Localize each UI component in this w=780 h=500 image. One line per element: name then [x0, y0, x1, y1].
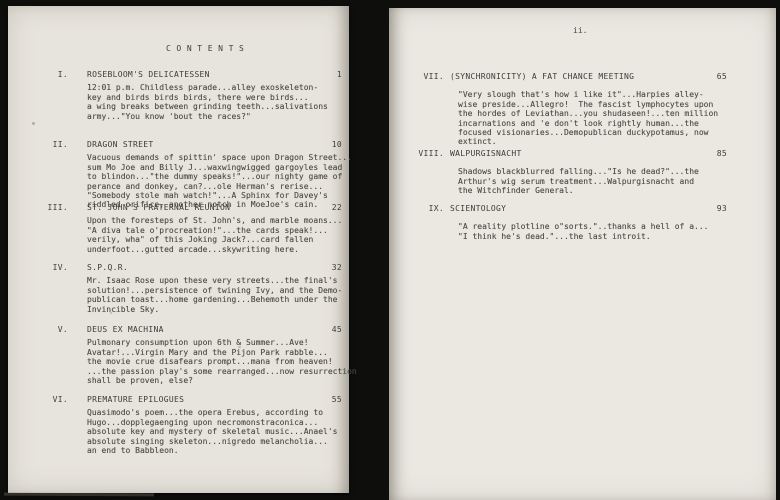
section-title: PREMATURE EPILOGUES [87, 395, 184, 404]
section-page-number: 55 [332, 395, 342, 404]
section-page-number: 10 [332, 140, 342, 149]
section-description: Upon the foresteps of St. John's, and ma… [87, 216, 342, 254]
section-numeral: VII. [389, 72, 444, 81]
scan-smudge [32, 122, 35, 125]
scanned-book-spread: C O N T E N T S I. ROSEBLOOM'S DELICATES… [0, 0, 780, 500]
section-description: 12:01 p.m. Childless parade...alley exos… [87, 83, 342, 121]
toc-section-2: II. DRAGON STREET 10 Vacuous demands of … [8, 140, 352, 210]
toc-section-5: V. DEUS EX MACHINA 45 Pulmonary consumpt… [8, 325, 357, 385]
scan-smudge [110, 312, 112, 314]
toc-section-6: VI. PREMATURE EPILOGUES 55 Quasimodo's p… [8, 395, 342, 455]
section-description: Pulmonary consumption upon 6th & Summer.… [87, 338, 357, 385]
toc-section-4: IV. S.P.Q.R. 32 Mr. Isaac Rose upon thes… [8, 263, 342, 314]
section-numeral: V. [8, 325, 68, 334]
toc-heading: IV. S.P.Q.R. 32 [8, 263, 342, 272]
toc-section-3: III. ST. JOHN'S FRATERNAL REUNION 22 Upo… [8, 203, 342, 254]
section-numeral: VI. [8, 395, 68, 404]
section-title: DEUS EX MACHINA [87, 325, 164, 334]
section-title: S.P.Q.R. [87, 263, 128, 272]
left-page: C O N T E N T S I. ROSEBLOOM'S DELICATES… [8, 6, 349, 493]
section-page-number: 45 [332, 325, 342, 334]
section-description: Quasimodo's poem...the opera Erebus, acc… [87, 408, 342, 455]
contents-title: C O N T E N T S [166, 44, 244, 53]
section-numeral: IX. [389, 204, 444, 213]
section-page-number: 65 [717, 72, 727, 81]
toc-section-9: IX. SCIENTOLOGY 93 "A reality plotline o… [389, 204, 727, 241]
section-description: "Very slough that's how i like it"...Har… [458, 90, 727, 146]
toc-section-1: I. ROSEBLOOM'S DELICATESSEN 1 12:01 p.m.… [8, 70, 342, 121]
toc-section-7: VII. (SYNCHRONICITY) A FAT CHANCE MEETIN… [389, 72, 727, 147]
toc-heading: VIII. WALPURGISNACHT 85 [389, 149, 727, 158]
section-numeral: II. [8, 140, 68, 149]
section-numeral: VIII. [389, 149, 444, 158]
section-numeral: III. [8, 203, 68, 212]
scan-smudge [238, 346, 241, 348]
section-description: "A reality plotline o"sorts."..thanks a … [458, 222, 727, 241]
toc-heading: II. DRAGON STREET 10 [8, 140, 342, 149]
section-description: Mr. Isaac Rose upon these very streets..… [87, 276, 342, 314]
section-title: ST. JOHN'S FRATERNAL REUNION [87, 203, 230, 212]
section-page-number: 1 [337, 70, 342, 79]
section-title: SCIENTOLOGY [450, 204, 506, 213]
section-numeral: IV. [8, 263, 68, 272]
toc-heading: IX. SCIENTOLOGY 93 [389, 204, 727, 213]
section-numeral: I. [8, 70, 68, 79]
toc-heading: VII. (SYNCHRONICITY) A FAT CHANCE MEETIN… [389, 72, 727, 81]
section-page-number: 22 [332, 203, 342, 212]
section-description: Shadows blackblurred falling..."Is he de… [458, 167, 727, 195]
section-title: (SYNCHRONICITY) A FAT CHANCE MEETING [450, 72, 634, 81]
section-description: Vacuous demands of spittin' space upon D… [87, 153, 352, 209]
section-page-number: 85 [717, 149, 727, 158]
section-page-number: 93 [717, 204, 727, 213]
section-title: WALPURGISNACHT [450, 149, 522, 158]
section-title: ROSEBLOOM'S DELICATESSEN [87, 70, 210, 79]
folio-page-number: ii. [573, 26, 587, 35]
section-title: DRAGON STREET [87, 140, 154, 149]
toc-heading: III. ST. JOHN'S FRATERNAL REUNION 22 [8, 203, 342, 212]
toc-heading: I. ROSEBLOOM'S DELICATESSEN 1 [8, 70, 342, 79]
toc-heading: V. DEUS EX MACHINA 45 [8, 325, 342, 334]
right-page: ii. VII. (SYNCHRONICITY) A FAT CHANCE ME… [389, 8, 776, 500]
page-edge-shadow [4, 493, 154, 497]
toc-section-8: VIII. WALPURGISNACHT 85 Shadows blackblu… [389, 149, 727, 196]
section-page-number: 32 [332, 263, 342, 272]
toc-heading: VI. PREMATURE EPILOGUES 55 [8, 395, 342, 404]
